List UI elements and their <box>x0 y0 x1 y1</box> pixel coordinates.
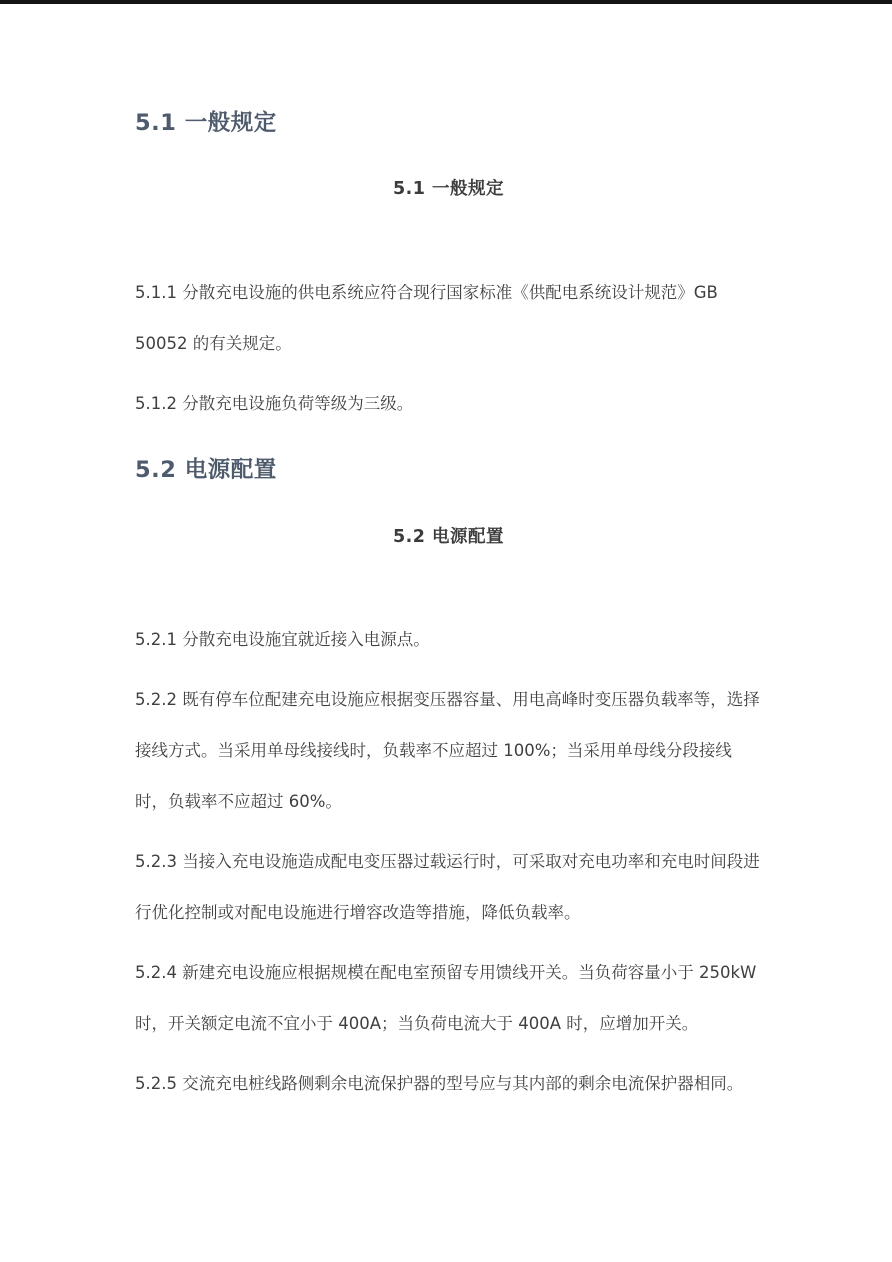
document-content: 5.1 一般规定 5.1 一般规定 5.1.1 分散充电设施的供电系统应符合现行… <box>0 108 892 1109</box>
section-5-1: 5.1 一般规定 5.1 一般规定 5.1.1 分散充电设施的供电系统应符合现行… <box>135 108 762 429</box>
clause-paragraph-5-1-1: 5.1.1 分散充电设施的供电系统应符合现行国家标准《供配电系统设计规范》GB … <box>135 267 762 369</box>
section-subheading-5-1: 5.1 一般规定 <box>135 178 762 201</box>
clause-paragraph-5-2-4: 5.2.4 新建充电设施应根据规模在配电室预留专用馈线开关。当负荷容量小于 25… <box>135 947 762 1049</box>
clause-paragraph-5-2-1: 5.2.1 分散充电设施宜就近接入电源点。 <box>135 614 762 665</box>
clause-paragraph-5-2-3: 5.2.3 当接入充电设施造成配电变压器过载运行时，可采取对充电功率和充电时间段… <box>135 836 762 938</box>
clause-paragraph-5-2-5: 5.2.5 交流充电桩线路侧剩余电流保护器的型号应与其内部的剩余电流保护器相同。 <box>135 1058 762 1109</box>
clause-paragraph-5-2-2: 5.2.2 既有停车位配建充电设施应根据变压器容量、用电高峰时变压器负载率等，选… <box>135 674 762 827</box>
document-page: 5.1 一般规定 5.1 一般规定 5.1.1 分散充电设施的供电系统应符合现行… <box>0 0 892 1262</box>
section-subheading-5-2: 5.2 电源配置 <box>135 526 762 549</box>
clause-paragraph-5-1-2: 5.1.2 分散充电设施负荷等级为三级。 <box>135 378 762 429</box>
section-5-2: 5.2 电源配置 5.2 电源配置 5.2.1 分散充电设施宜就近接入电源点。 … <box>135 455 762 1109</box>
section-heading-5-1: 5.1 一般规定 <box>135 108 762 138</box>
section-heading-5-2: 5.2 电源配置 <box>135 455 762 485</box>
top-border-bar <box>0 0 892 4</box>
